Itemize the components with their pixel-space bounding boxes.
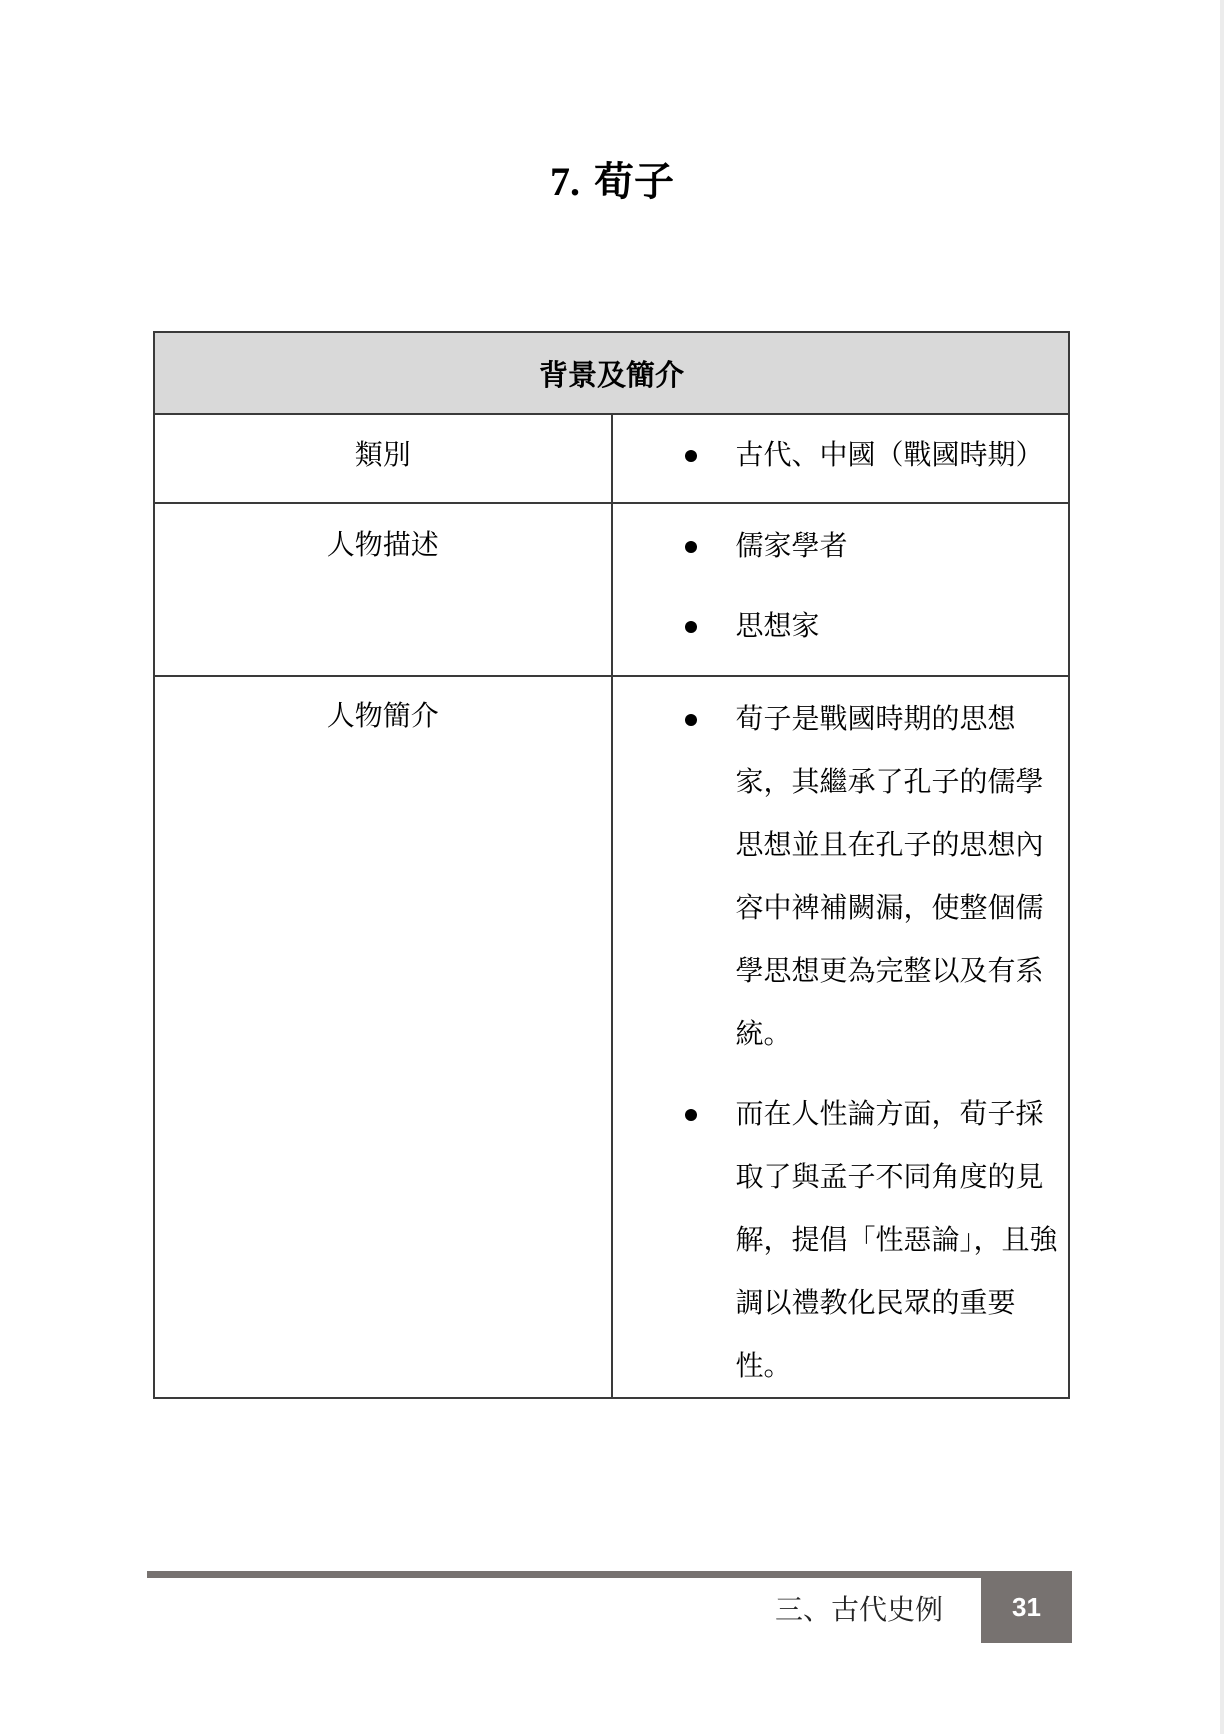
page-edge xyxy=(1220,0,1224,1734)
bullet-icon xyxy=(685,714,697,726)
list-item-text: 荀子是戰國時期的思想家，其繼承了孔子的儒學思想並且在孔子的思想內容中裨補闕漏，使… xyxy=(736,702,1044,1050)
row-content-cell: 荀子是戰國時期的思想家，其繼承了孔子的儒學思想並且在孔子的思想內容中裨補闕漏，使… xyxy=(612,676,1070,1398)
row-content-cell: 古代、中國（戰國時期） xyxy=(612,414,1070,503)
table-header: 背景及簡介 xyxy=(154,332,1069,414)
title-name: 荀子 xyxy=(594,158,674,205)
list-item: 而在人性論方面，荀子採取了與孟子不同角度的見解，提倡「性惡論」，且強調以禮教化民… xyxy=(613,1082,1069,1397)
table-row: 人物簡介 荀子是戰國時期的思想家，其繼承了孔子的儒學思想並且在孔子的思想內容中裨… xyxy=(154,676,1069,1398)
bullet-icon xyxy=(685,541,697,553)
row-label: 人物描述 xyxy=(155,504,611,564)
title-number: 7. xyxy=(550,159,580,204)
table-header-row: 背景及簡介 xyxy=(154,332,1069,414)
bullet-icon xyxy=(685,450,697,462)
page-number-badge: 31 xyxy=(981,1571,1072,1643)
bullet-list: 荀子是戰國時期的思想家，其繼承了孔子的儒學思想並且在孔子的思想內容中裨補闕漏，使… xyxy=(613,687,1069,1397)
row-label: 類別 xyxy=(155,415,611,474)
footer-chapter-title: 三、古代史例 xyxy=(775,1590,943,1630)
list-item: 荀子是戰國時期的思想家，其繼承了孔子的儒學思想並且在孔子的思想內容中裨補闕漏，使… xyxy=(613,687,1069,1065)
bullet-list: 儒家學者 思想家 xyxy=(613,514,1069,657)
list-item: 古代、中國（戰國時期） xyxy=(613,423,1069,486)
footer-divider xyxy=(147,1571,1072,1578)
table-row: 類別 古代、中國（戰國時期） xyxy=(154,414,1069,503)
list-item-text: 而在人性論方面，荀子採取了與孟子不同角度的見解，提倡「性惡論」，且強調以禮教化民… xyxy=(736,1097,1058,1382)
list-item-text: 古代、中國（戰國時期） xyxy=(736,438,1044,471)
table-row: 人物描述 儒家學者 思想家 xyxy=(154,503,1069,676)
row-label-cell: 人物簡介 xyxy=(154,676,612,1398)
row-label: 人物簡介 xyxy=(155,677,611,735)
list-item: 儒家學者 xyxy=(613,514,1069,577)
list-item-text: 儒家學者 xyxy=(736,529,848,562)
list-item: 思想家 xyxy=(613,594,1069,657)
bullet-icon xyxy=(685,621,697,633)
bullet-list: 古代、中國（戰國時期） xyxy=(613,423,1069,486)
background-table: 背景及簡介 類別 古代、中國（戰國時期） 人物描述 儒家學者 xyxy=(153,331,1070,1399)
row-label-cell: 類別 xyxy=(154,414,612,503)
row-label-cell: 人物描述 xyxy=(154,503,612,676)
page-title: 7. 荀子 xyxy=(0,154,1224,210)
row-content-cell: 儒家學者 思想家 xyxy=(612,503,1070,676)
bullet-icon xyxy=(685,1109,697,1121)
list-item-text: 思想家 xyxy=(736,609,820,642)
